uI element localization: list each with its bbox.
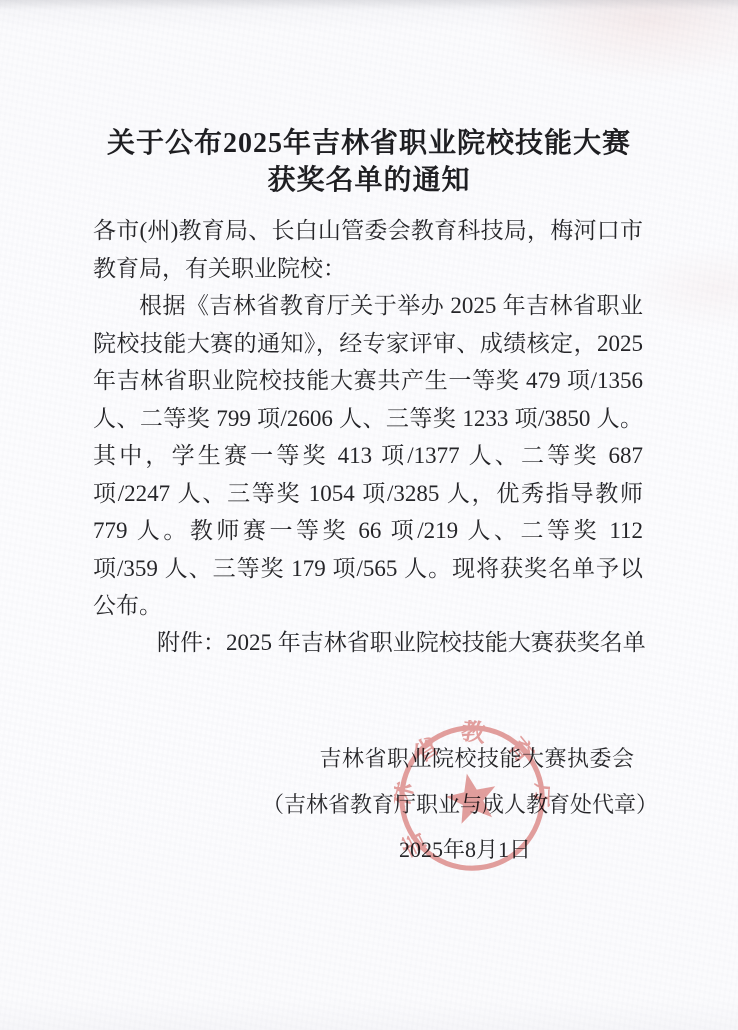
- scanned-notice-page: 关于公布2025年吉林省职业院校技能大赛 获奖名单的通知 各市(州)教育局、长白…: [0, 0, 738, 1030]
- document-title-line1: 关于公布2025年吉林省职业院校技能大赛: [60, 125, 678, 162]
- signature-date: 2025年8月1日: [250, 827, 680, 873]
- signature-block: 吉林省职业院校技能大赛执委会 （吉林省教育厅职业与成人教育处代章） 2025年8…: [240, 736, 680, 873]
- attachment-line: 附件：2025 年吉林省职业院校技能大赛获奖名单: [157, 624, 646, 661]
- body-paragraph: 根据《吉林省教育厅关于举办 2025 年吉林省职业院校技能大赛的通知》，经专家评…: [93, 287, 643, 625]
- signature-proxy-note: （吉林省教育厅职业与成人教育处代章）: [240, 782, 680, 828]
- signature-organization: 吉林省职业院校技能大赛执委会: [274, 736, 680, 782]
- document-title: 关于公布2025年吉林省职业院校技能大赛 获奖名单的通知: [60, 125, 678, 199]
- document-title-line2: 获奖名单的通知: [60, 162, 678, 199]
- document-body: 各市(州)教育局、长白山管委会教育科技局，梅河口市教育局，有关职业院校： 根据《…: [93, 212, 643, 625]
- salutation-line: 各市(州)教育局、长白山管委会教育科技局，梅河口市教育局，有关职业院校：: [93, 212, 643, 287]
